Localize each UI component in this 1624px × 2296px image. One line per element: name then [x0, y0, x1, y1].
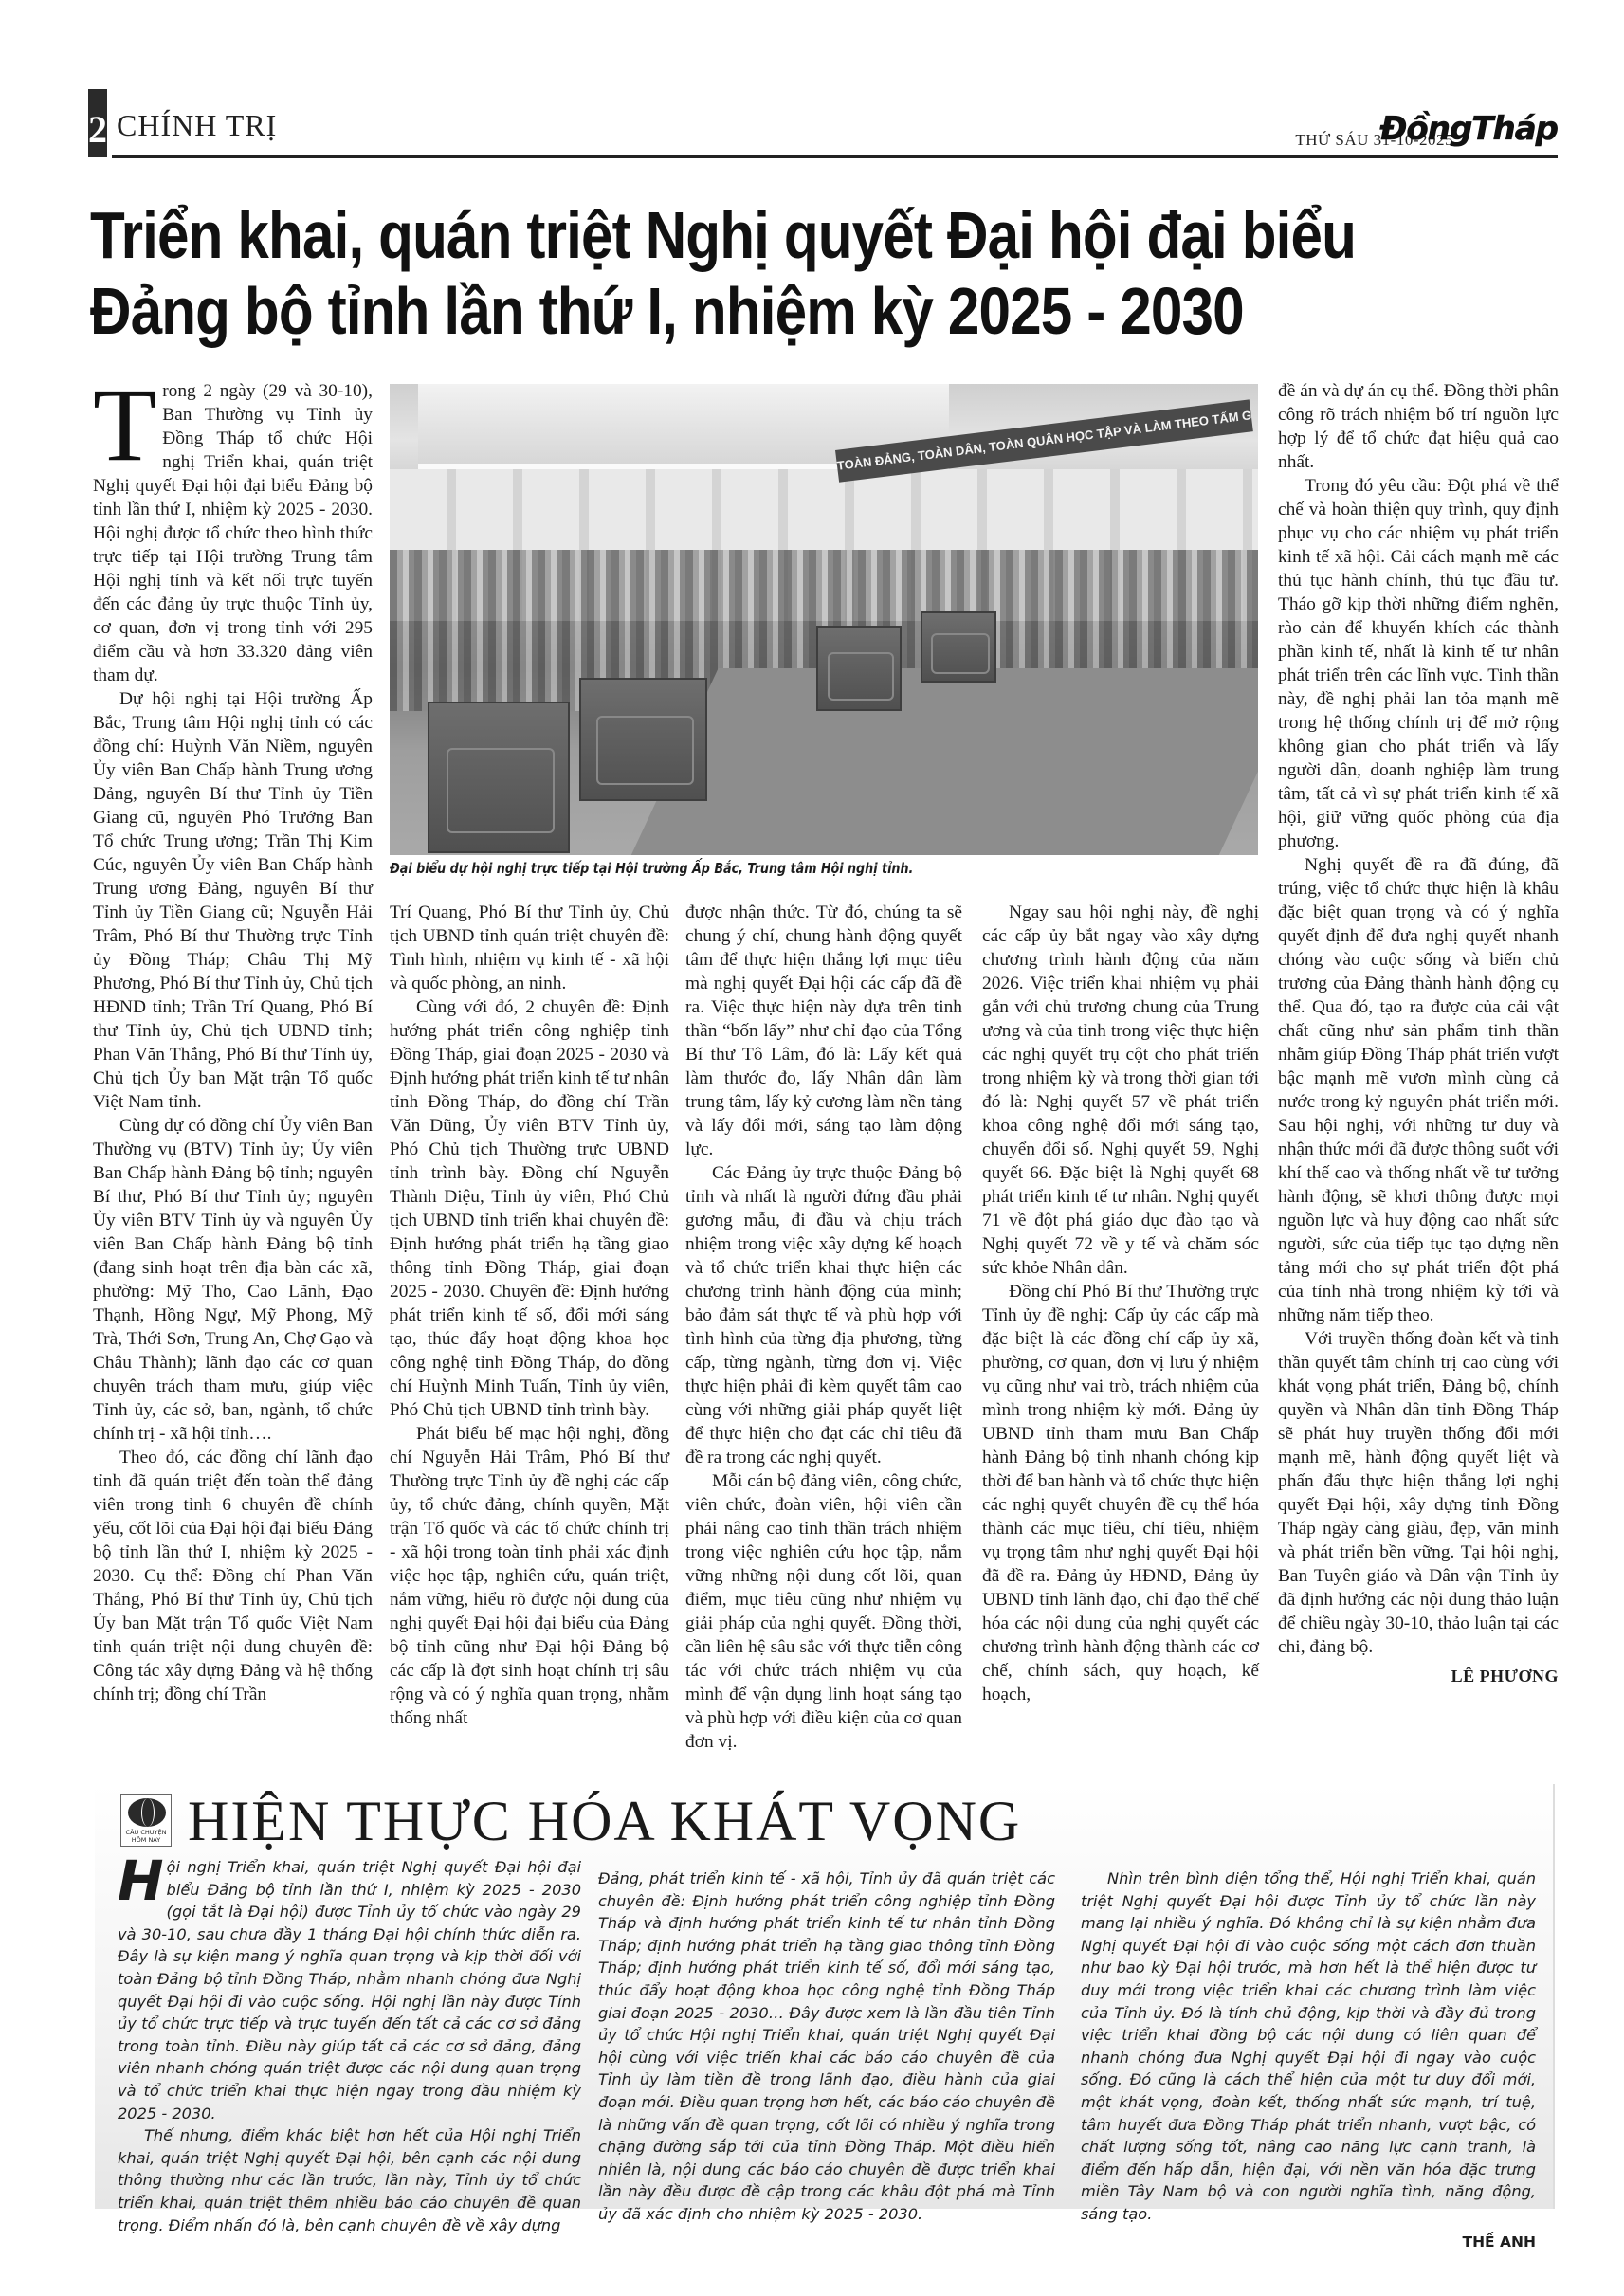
- column-logo: CÂU CHUYỆN HÔM NAY: [120, 1794, 172, 1847]
- paragraph: Theo đó, các đồng chí lãnh đạo tỉnh đã q…: [93, 1446, 373, 1706]
- headline-line-1: Triển khai, quán triệt Nghị quyết Đại hộ…: [90, 197, 1354, 273]
- paragraph: Mỗi cán bộ đảng viên, công chức, viên ch…: [685, 1469, 962, 1754]
- commentary-column-3: Nhìn trên bình diện tổng thể, Hội nghị T…: [1081, 1868, 1536, 2253]
- drop-cap: T: [93, 383, 162, 466]
- paragraph: Đảng, phát triển kinh tế - xã hội, Tỉnh …: [598, 1868, 1055, 2226]
- paragraph: Nhìn trên bình diện tổng thể, Hội nghị T…: [1081, 1868, 1536, 2226]
- commentary-title: HIỆN THỰC HÓA KHÁT VỌNG: [188, 1790, 1021, 1852]
- page-number: 2: [88, 89, 107, 157]
- paragraph: Ngay sau hội nghị này, đề nghị các cấp ủ…: [982, 901, 1259, 1280]
- article-column-2: Trí Quang, Phó Bí thư Tỉnh ủy, Chủ tịch …: [390, 901, 669, 1730]
- conference-hall-photo: TOÀN ĐẢNG, TOÀN DÂN, TOÀN QUÂN HỌC TẬP V…: [390, 384, 1258, 855]
- paragraph: Đồng chí Phó Bí thư Thường trực Tỉnh ủy …: [982, 1280, 1259, 1706]
- paragraph: đề án và dự án cụ thể. Đồng thời phân cô…: [1278, 379, 1559, 474]
- paragraph: được nhận thức. Từ đó, chúng ta sẽ chung…: [685, 901, 962, 1161]
- paragraph: Phát biểu bế mạc hội nghị, đồng chí Nguy…: [390, 1422, 669, 1730]
- desk: [816, 626, 902, 711]
- paragraph: Thế nhưng, điểm khác biệt hơn hết của Hộ…: [118, 2124, 581, 2236]
- desk: [921, 611, 996, 683]
- paragraph: Các Đảng ủy trực thuộc Đảng bộ tỉnh và n…: [685, 1161, 962, 1469]
- desk: [579, 678, 707, 801]
- drop-cap: H: [118, 1859, 167, 1903]
- header-rule: [112, 155, 1558, 158]
- section-title: CHÍNH TRỊ: [117, 108, 277, 143]
- article-column-4: Ngay sau hội nghị này, đề nghị các cấp ủ…: [982, 901, 1259, 1706]
- commentary-column-2: Đảng, phát triển kinh tế - xã hội, Tỉnh …: [598, 1868, 1055, 2226]
- paragraph: Dự hội nghị tại Hội trường Ấp Bắc, Trung…: [93, 687, 373, 1114]
- headline-line-2: Đảng bộ tỉnh lần thứ I, nhiệm kỳ 2025 - …: [90, 273, 1354, 349]
- commentary-column-1: Hội nghị Triển khai, quán triệt Nghị quy…: [118, 1856, 581, 2236]
- article-column-1: Trong 2 ngày (29 và 30-10), Ban Thường v…: [93, 379, 373, 1706]
- article-column-5: đề án và dự án cụ thể. Đồng thời phân cô…: [1278, 379, 1559, 1688]
- masthead-logo: ĐồngTháp: [1380, 110, 1558, 148]
- article-column-3: được nhận thức. Từ đó, chúng ta sẽ chung…: [685, 901, 962, 1754]
- paragraph: Nghị quyết đề ra đã đúng, đã trúng, việc…: [1278, 853, 1559, 1327]
- page-header: 2 CHÍNH TRỊ THỨ SÁU 31-10-2025 ĐồngTháp: [88, 89, 1558, 157]
- photo-caption: Đại biểu dự hội nghị trực tiếp tại Hội t…: [390, 860, 913, 877]
- commentary-box: CÂU CHUYỆN HÔM NAY HIỆN THỰC HÓA KHÁT VỌ…: [95, 1784, 1555, 2209]
- paragraph: Cùng dự có đồng chí Ủy viên Ban Thường v…: [93, 1114, 373, 1446]
- author-byline: THẾ ANH: [1081, 2232, 1536, 2254]
- paragraph: Trí Quang, Phó Bí thư Tỉnh ủy, Chủ tịch …: [390, 901, 669, 995]
- lead-paragraph: Trong 2 ngày (29 và 30-10), Ban Thường v…: [93, 379, 373, 687]
- lead-paragraph: Hội nghị Triển khai, quán triệt Nghị quy…: [118, 1856, 581, 2124]
- globe-pen-icon: [128, 1798, 166, 1827]
- article-headline: Triển khai, quán triệt Nghị quyết Đại hộ…: [90, 197, 1354, 349]
- paragraph: Với truyền thống đoàn kết và tinh thần q…: [1278, 1327, 1559, 1659]
- author-byline: LÊ PHƯƠNG: [1278, 1665, 1559, 1688]
- desk: [428, 702, 570, 853]
- paragraph: Cùng với đó, 2 chuyên đề: Định hướng phá…: [390, 995, 669, 1422]
- paragraph: Trong đó yêu cầu: Đột phá về thể chế và …: [1278, 474, 1559, 853]
